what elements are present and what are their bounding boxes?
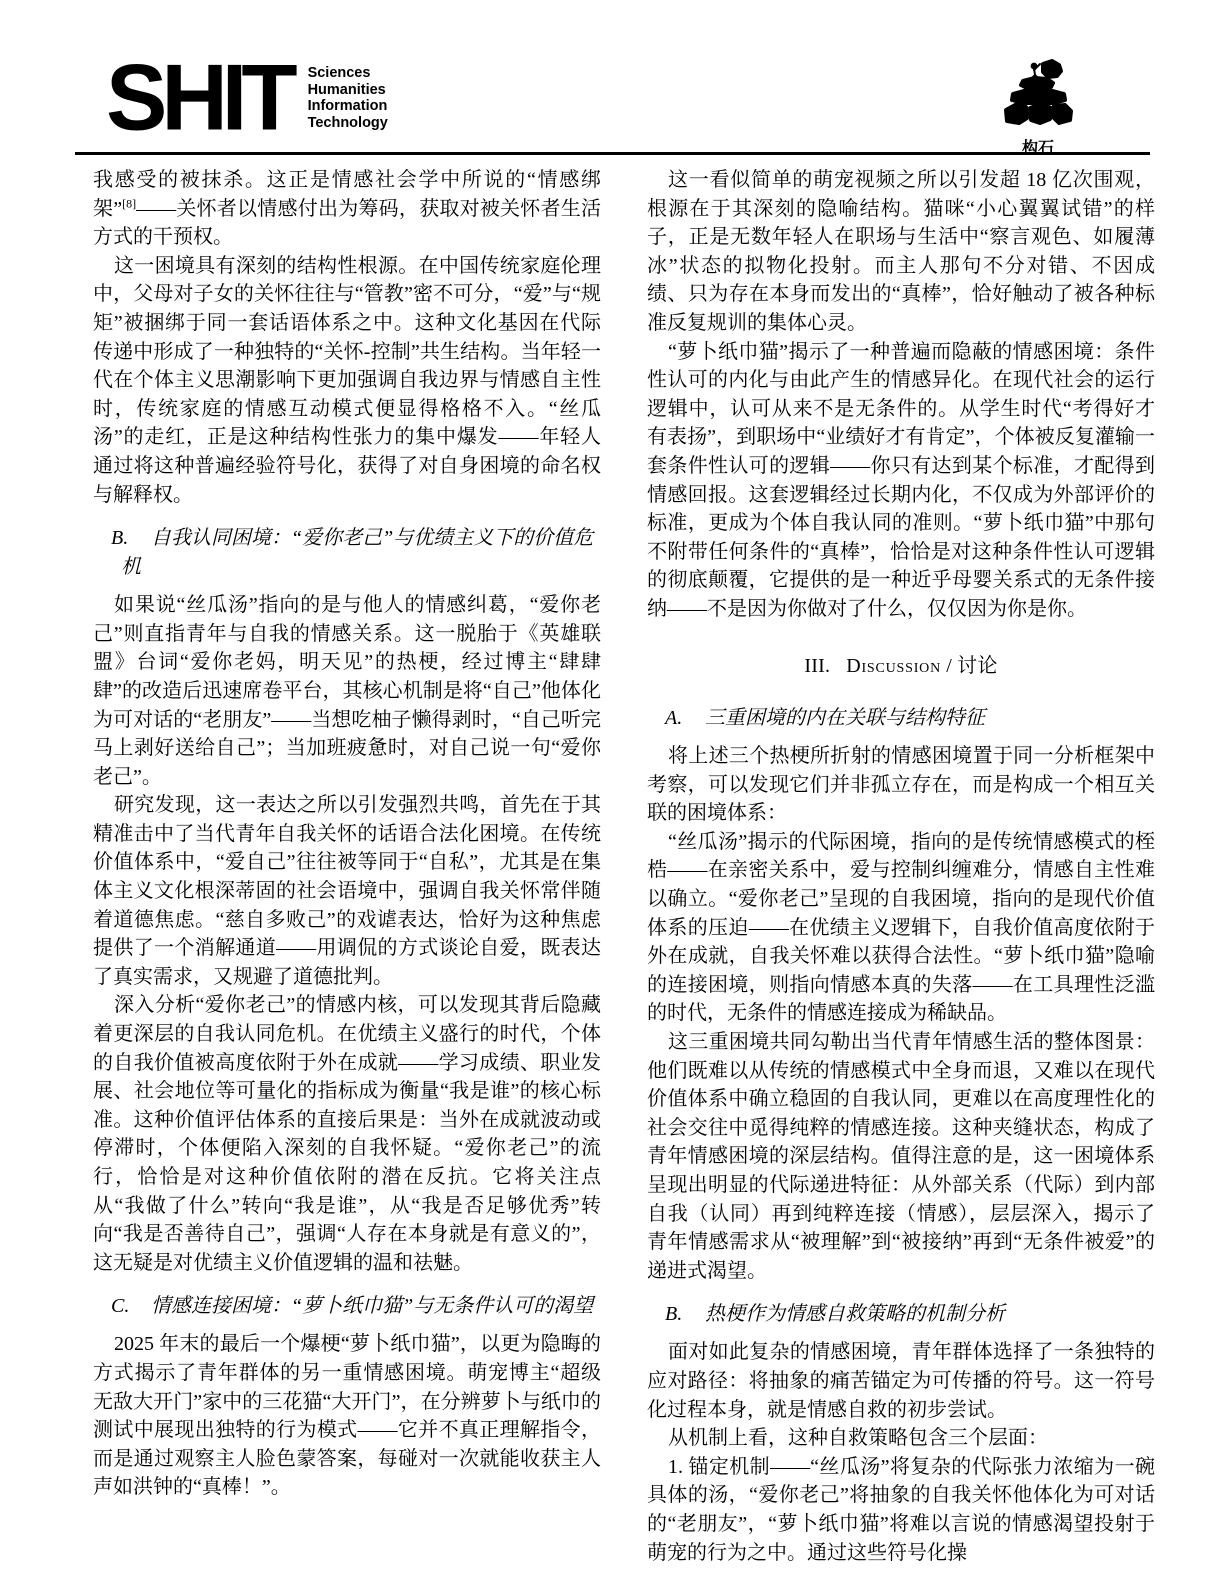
subsection-heading: C.情感连接困境：“萝卜纸巾猫”与无条件认可的渴望: [93, 1292, 601, 1321]
header-divider: [75, 152, 1150, 155]
section-title: Discussion: [846, 655, 941, 677]
subsection-label: B.: [665, 1300, 705, 1329]
body-paragraph: 将上述三个热梗所折射的情感困境置于同一分析框架中考察，可以发现它们并非孤立存在，…: [647, 742, 1155, 828]
body-paragraph: 1. 锚定机制——“丝瓜汤”将复杂的代际张力浓缩为一碗具体的汤，“爱你老己”将抽…: [647, 1453, 1155, 1567]
journal-name-line: Information: [308, 98, 388, 115]
journal-name: Sciences Humanities Information Technolo…: [308, 60, 388, 131]
rock-cairn-icon: [1001, 117, 1075, 134]
citation-ref: [8]: [122, 196, 136, 210]
journal-name-line: Technology: [308, 115, 388, 132]
subsection-heading: B.热梗作为情感自救策略的机制分析: [647, 1300, 1155, 1329]
right-column: 这一看似简单的萌宠视频之所以引发超 18 亿次围观，根源在于其深刻的隐喻结构。猫…: [647, 166, 1155, 1567]
body-paragraph: “萝卜纸巾猫”揭示了一种普遍而隐蔽的情感困境：条件性认可的内化与由此产生的情感异…: [647, 338, 1155, 624]
left-column: 我感受的被抹杀。这正是情感社会学中所说的“情感绑架”[8]——关怀者以情感付出为…: [93, 166, 601, 1502]
journal-logo: SHIT Sciences Humanities Information Tec…: [106, 60, 388, 136]
section-number: III.: [804, 655, 830, 677]
body-paragraph: 这一困境具有深刻的结构性根源。在中国传统家庭伦理中，父母对子女的关怀往往与“管教…: [93, 252, 601, 509]
section-heading: III.Discussion / 讨论: [647, 652, 1155, 681]
subsection-label: A.: [665, 704, 705, 733]
body-paragraph: 从机制上看，这种自救策略包含三个层面：: [647, 1424, 1155, 1453]
subsection-heading: A.三重困境的内在关联与结构特征: [647, 704, 1155, 733]
body-paragraph: 深入分析“爱你老己”的情感内核，可以发现其背后隐藏着更深层的自我认同危机。在优绩…: [93, 991, 601, 1277]
climber-figure: [1032, 64, 1040, 78]
journal-name-line: Sciences: [308, 65, 388, 82]
subsection-heading: B.自我认同困境：“爱你老己”与优绩主义下的价值危机: [93, 524, 601, 582]
body-paragraph: 面对如此复杂的情感困境，青年群体选择了一条独特的应对路径：将抽象的痛苦锚定为可传…: [647, 1338, 1155, 1424]
body-paragraph: 我感受的被抹杀。这正是情感社会学中所说的“情感绑架”[8]——关怀者以情感付出为…: [93, 166, 601, 252]
subsection-label: B.: [111, 524, 151, 553]
journal-name-line: Humanities: [308, 82, 388, 99]
subsection-label: C.: [111, 1292, 151, 1321]
paper-page: { "header": { "logo_text": "SHIT", "logo…: [0, 0, 1224, 1584]
body-paragraph: 研究发现，这一表达之所以引发强烈共鸣，首先在于其精准击中了当代青年自我关怀的话语…: [93, 791, 601, 991]
body-paragraph: 这一看似简单的萌宠视频之所以引发超 18 亿次围观，根源在于其深刻的隐喻结构。猫…: [647, 166, 1155, 338]
body-paragraph: 这三重困境共同勾勒出当代青年情感生活的整体图景：他们既难以从传统的情感模式中全身…: [647, 1028, 1155, 1285]
body-paragraph: 如果说“丝瓜汤”指向的是与他人的情感纠葛，“爱你老己”则直指青年与自我的情感关系…: [93, 591, 601, 791]
body-paragraph: “丝瓜汤”揭示的代际困境，指向的是传统情感模式的桎梏——在亲密关系中，爱与控制纠…: [647, 828, 1155, 1028]
publisher-logo: 构石: [998, 58, 1078, 158]
journal-logo-text: SHIT: [106, 59, 292, 137]
body-paragraph: 2025 年末的最后一个爆梗“萝卜纸巾猫”，以更为隐晦的方式揭示了青年群体的另一…: [93, 1330, 601, 1502]
